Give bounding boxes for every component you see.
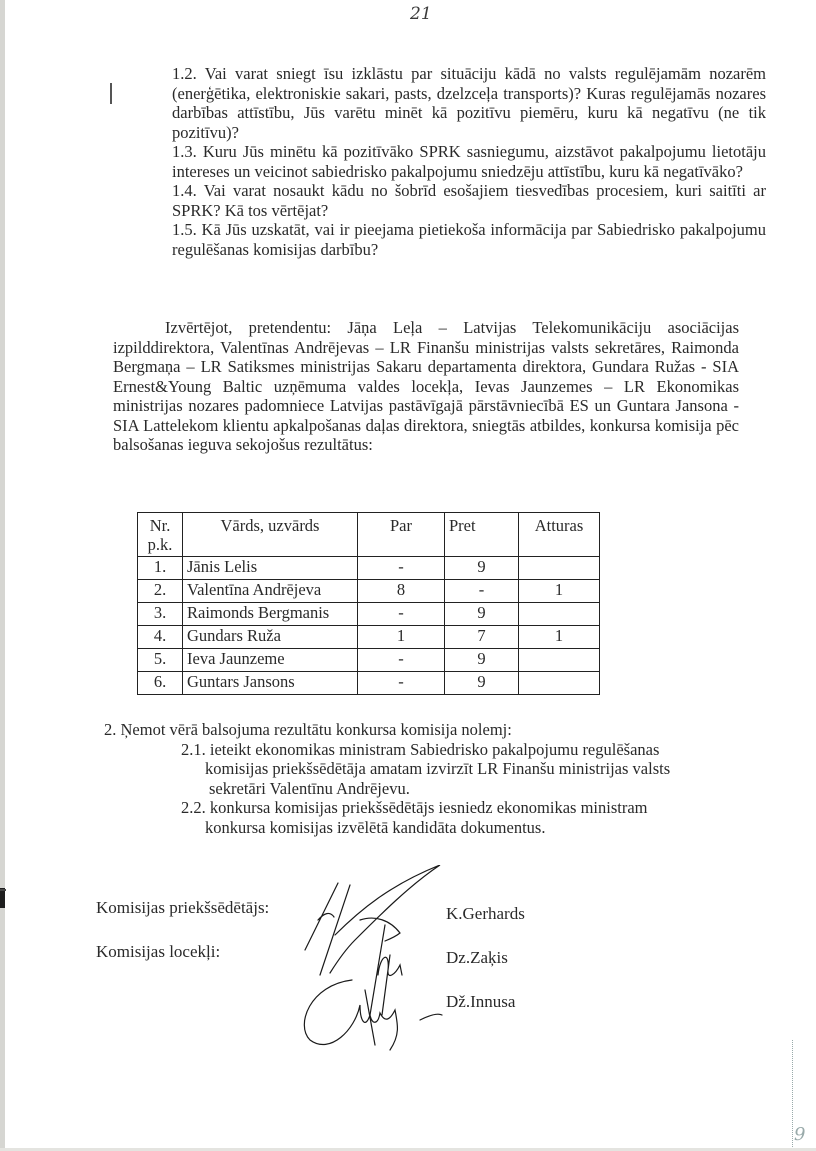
- header-name: Vārds, uzvārds: [183, 513, 358, 557]
- cell-against: 7: [445, 626, 519, 649]
- cell-nr: 3.: [138, 603, 183, 626]
- cell-name: Guntars Jansons: [183, 672, 358, 695]
- table-row: 5.Ieva Jaunzeme-9: [138, 649, 600, 672]
- handwritten-signatures-icon: [290, 865, 460, 1055]
- cell-against: 9: [445, 649, 519, 672]
- vote-results-table: Nr. p.k. Vārds, uzvārds Par Pret Atturas…: [137, 512, 600, 695]
- cell-abstain: [519, 649, 600, 672]
- header-abstain: Atturas: [519, 513, 600, 557]
- decision-heading: 2. Ņemot vērā balsojuma rezultātu konkur…: [104, 720, 764, 740]
- decision-item-2-1-cont: komisijas priekšsēdētāja amatam izvirzīt…: [205, 759, 764, 779]
- cell-against: 9: [445, 672, 519, 695]
- cell-abstain: 1: [519, 580, 600, 603]
- question-1-2: 1.2. Vai varat sniegt īsu izklāstu par s…: [172, 64, 766, 142]
- decision-item-2-2-cont: konkursa komisijas izvēlētā kandidāta do…: [205, 818, 764, 838]
- cell-for: 1: [358, 626, 445, 649]
- decision-item-2-2: 2.2. konkursa komisijas priekšsēdētājs i…: [181, 798, 764, 818]
- cell-nr: 1.: [138, 557, 183, 580]
- scan-artifact: [0, 888, 5, 908]
- cell-abstain: 1: [519, 626, 600, 649]
- cell-name: Raimonds Bergmanis: [183, 603, 358, 626]
- cell-nr: 2.: [138, 580, 183, 603]
- chair-label: Komisijas priekšsēdētājs:: [96, 898, 269, 918]
- cell-nr: 5.: [138, 649, 183, 672]
- cell-name: Jānis Lelis: [183, 557, 358, 580]
- header-nr: Nr. p.k.: [138, 513, 183, 557]
- evaluation-section: Izvērtējot, pretendentu: Jāņa Leļa – Lat…: [113, 318, 739, 455]
- margin-mark: [110, 83, 112, 104]
- question-1-3: 1.3. Kuru Jūs minētu kā pozitīvāko SPRK …: [172, 142, 766, 181]
- questions-list: 1.2. Vai varat sniegt īsu izklāstu par s…: [172, 64, 766, 259]
- cell-for: -: [358, 649, 445, 672]
- cell-name: Valentīna Andrējeva: [183, 580, 358, 603]
- table-row: 1.Jānis Lelis-9: [138, 557, 600, 580]
- table-header-row: Nr. p.k. Vārds, uzvārds Par Pret Atturas: [138, 513, 600, 557]
- cell-against: 9: [445, 557, 519, 580]
- question-1-5: 1.5. Kā Jūs uzskatāt, vai ir pieejama pi…: [172, 220, 766, 259]
- table-row: 3.Raimonds Bergmanis-9: [138, 603, 600, 626]
- header-against: Pret: [445, 513, 519, 557]
- table-row: 2.Valentīna Andrējeva8-1: [138, 580, 600, 603]
- header-for: Par: [358, 513, 445, 557]
- handwritten-page-number: 21: [410, 4, 432, 24]
- cell-nr: 6.: [138, 672, 183, 695]
- cell-nr: 4.: [138, 626, 183, 649]
- question-1-4: 1.4. Vai varat nosaukt kādu no šobrīd es…: [172, 181, 766, 220]
- decision-item-2-1: 2.1. ieteikt ekonomikas ministram Sabied…: [181, 740, 764, 760]
- cell-name: Ieva Jaunzeme: [183, 649, 358, 672]
- cell-abstain: [519, 672, 600, 695]
- decision-section: 2. Ņemot vērā balsojuma rezultātu konkur…: [104, 720, 764, 837]
- decision-item-2-1-cont2: sekretāri Valentīnu Andrējevu.: [209, 779, 764, 799]
- evaluation-paragraph: Izvērtējot, pretendentu: Jāņa Leļa – Lat…: [113, 318, 739, 455]
- corner-mark: 9: [794, 1124, 805, 1145]
- cell-for: -: [358, 603, 445, 626]
- cell-for: -: [358, 557, 445, 580]
- cell-abstain: [519, 603, 600, 626]
- table-row: 6.Guntars Jansons-9: [138, 672, 600, 695]
- cell-against: 9: [445, 603, 519, 626]
- members-label: Komisijas locekļi:: [96, 942, 220, 962]
- cell-for: 8: [358, 580, 445, 603]
- scan-artifact: [0, 889, 6, 891]
- scan-edge: [0, 0, 5, 1151]
- cell-abstain: [519, 557, 600, 580]
- table-row: 4.Gundars Ruža171: [138, 626, 600, 649]
- cell-for: -: [358, 672, 445, 695]
- cell-name: Gundars Ruža: [183, 626, 358, 649]
- cell-against: -: [445, 580, 519, 603]
